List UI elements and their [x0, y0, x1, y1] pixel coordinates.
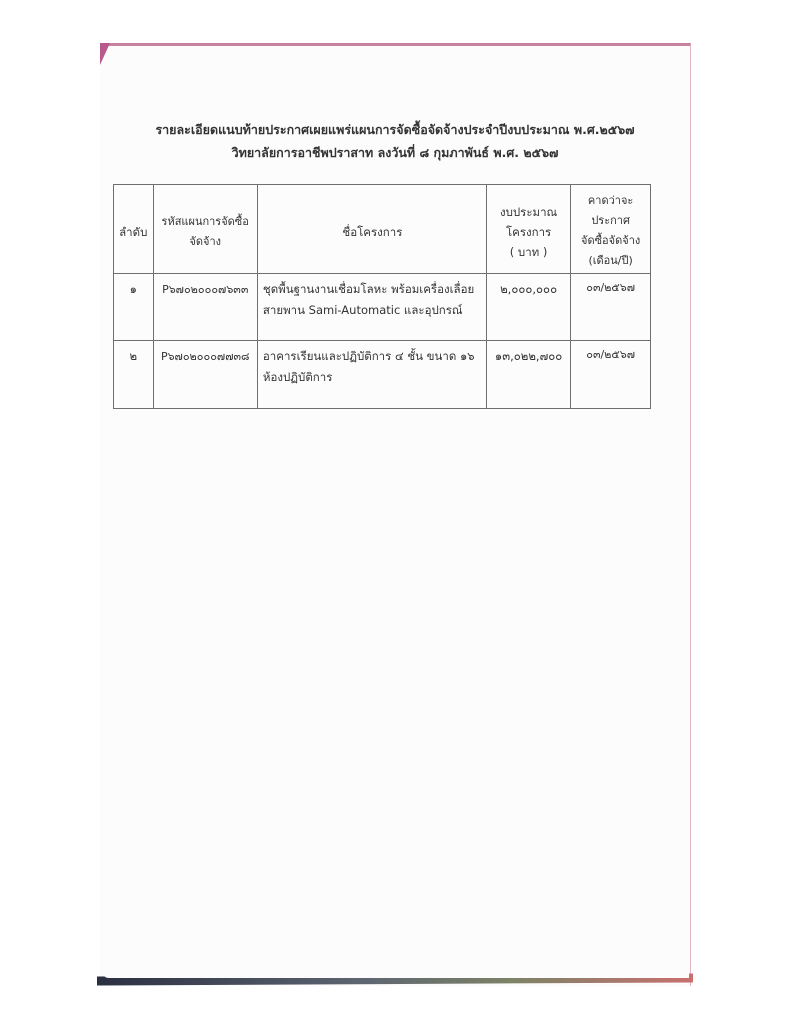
header-expected-month: คาดว่าจะ ประกาศ จัดซื้อจัดจ้าง (เดือน/ปี…	[571, 185, 651, 274]
cell-budget: ๑๓,๐๒๒,๗๐๐	[486, 341, 570, 409]
cell-expected-month: ๐๓/๒๕๖๗	[571, 341, 651, 409]
cell-project-name: อาคารเรียนและปฏิบัติการ ๔ ชั้น ขนาด ๑๖ ห…	[257, 341, 486, 409]
document-title: รายละเอียดแนบท้ายประกาศเผยแพร่แผนการจัดซ…	[100, 120, 690, 140]
header-no: ลำดับ	[114, 185, 154, 274]
cell-no: ๑	[114, 274, 154, 341]
page-bottom-fill	[101, 960, 689, 978]
page-corner-decoration	[100, 43, 110, 65]
cell-plan-code: P๖๗๐๒๐๐๐๗๗๓๘	[153, 341, 257, 409]
table-row: ๒ P๖๗๐๒๐๐๐๗๗๓๘ อาคารเรียนและปฏิบัติการ ๔…	[114, 341, 651, 409]
cell-expected-month: ๐๓/๒๕๖๗	[571, 274, 651, 341]
cell-no: ๒	[114, 341, 154, 409]
cell-budget: ๒,๐๐๐,๐๐๐	[486, 274, 570, 341]
table-header-row: ลำดับ รหัสแผนการจัดซื้อ จัดจ้าง ชื่อโครง…	[114, 185, 651, 274]
header-plan-code: รหัสแผนการจัดซื้อ จัดจ้าง	[153, 185, 257, 274]
header-project-name: ชื่อโครงการ	[257, 185, 486, 274]
cell-project-name: ชุดพื้นฐานงานเชื่อมโลหะ พร้อมเครื่องเลื่…	[257, 274, 486, 341]
cell-plan-code: P๖๗๐๒๐๐๐๗๖๓๓	[153, 274, 257, 341]
procurement-plan-table: ลำดับ รหัสแผนการจัดซื้อ จัดจ้าง ชื่อโครง…	[113, 184, 651, 409]
document-subtitle: วิทยาลัยการอาชีพปราสาท ลงวันที่ ๘ กุมภาพ…	[100, 143, 690, 163]
table-row: ๑ P๖๗๐๒๐๐๐๗๖๓๓ ชุดพื้นฐานงานเชื่อมโลหะ พ…	[114, 274, 651, 341]
header-budget: งบประมาณ โครงการ ( บาท )	[486, 185, 570, 274]
